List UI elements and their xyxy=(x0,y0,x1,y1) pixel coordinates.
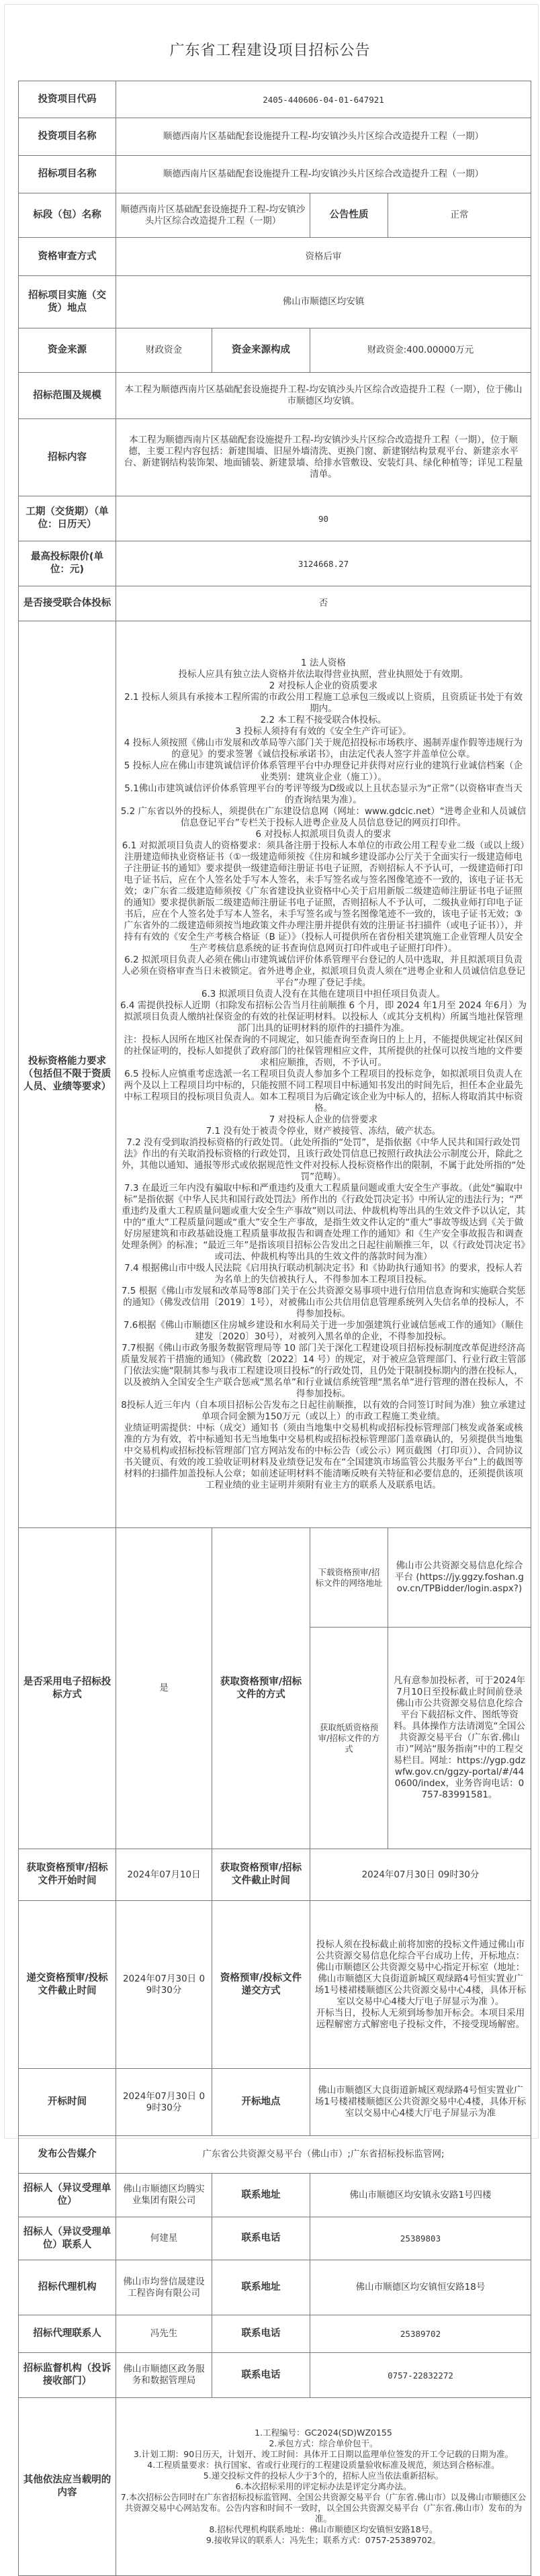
value-qualification-review: 资格后审 xyxy=(116,238,531,276)
label-media: 发布公告媒介 xyxy=(19,2136,116,2174)
value-paper-method: 凡有意参加投标者，可于2024年7月10日至投标截止时间前登录佛山市公共资源交易… xyxy=(388,1628,531,1849)
row-agency-contact: 招标代理联系人 冯先生 联系电话 25389702 xyxy=(19,2315,531,2353)
value-supervisor-phone: 0757-22832272 xyxy=(310,2353,531,2398)
label-electronic: 是否采用电子招标投标方式 xyxy=(19,1528,116,1849)
label-location: 招标项目实施（交货）地点 xyxy=(19,276,116,328)
req-paragraph: 6.2 拟派项目负责人必须在佛山市建筑诚信评价体系管理平台登记的人员中选取，并且… xyxy=(120,954,527,989)
value-agency-phone: 25389702 xyxy=(310,2315,531,2353)
row-opening: 开标时间 2024年07月30日 09时30分 开标地点 佛山市顺德区大良街道新… xyxy=(19,2069,531,2136)
other-paragraph: 1.工程编号：GC2024(SD)WZ0155 xyxy=(120,2428,527,2438)
label-obtain-method: 获取资格预审/招标文件的方式 xyxy=(212,1528,310,1849)
label-notice-nature: 公告性质 xyxy=(310,193,388,238)
value-scope: 本工程为顺德西南片区基础配套设施提升工程-均安镇沙头片区综合改造提升工程（一期）… xyxy=(116,373,531,419)
other-paragraph: 9.接收异议的联系人：冯先生；联系方式：0757-25389702。 xyxy=(120,2535,527,2546)
label-tenderer-contact: 招标人（异议受理单位）联系人 xyxy=(19,2217,116,2260)
label-investment-project-name: 投资项目名称 xyxy=(19,118,116,156)
submission-paragraph: 开标当日，投标人无须到场参加开标会。本项目采用远程解密方式解密电子投标文件，不接… xyxy=(314,2008,527,2031)
row-qualification-requirements: 投标资格能力要求（包括但不限于资质人员、业绩等要求） 1 法人资格 投标人应具有… xyxy=(19,621,531,1528)
req-paragraph: 7.3 在最近三年内没有骗取中标和严重违约及重大工程质量问题或重大安全生产事故。… xyxy=(120,1183,527,1263)
req-paragraph: 3 投标人须持有有效的《安全生产许可证》。 xyxy=(120,726,527,738)
value-obtain-end: 2024年07月30日 09时30分 xyxy=(310,1849,531,1901)
req-paragraph: 6.4 需提供投标人近期（扣除发布招标公告当月往前顺推 6 个月，即 2024 … xyxy=(120,1000,527,1034)
row-tenderer-contact: 招标人（异议受理单位）联系人 何建星 联系电话 25389803 xyxy=(19,2217,531,2260)
label-max-price: 最高投标限价(单位：元) xyxy=(19,541,116,586)
row-other: 其他依法应当载明的内容 1.工程编号：GC2024(SD)WZ0155 2.承包… xyxy=(19,2398,531,2576)
row-duration: 工期（交货期）（单位：日历天） 90 xyxy=(19,496,531,541)
label-download-address: 下载资格预审/招标文件的网络地址 xyxy=(310,1528,388,1628)
value-max-price: 3124668.27 xyxy=(116,541,531,586)
label-supervisor: 招标监督机构（投诉接收部门） xyxy=(19,2353,116,2398)
req-paragraph: 2.1 投标人须具有承接本工程所需的市政公用工程施工总承包三级或以上资质，且资质… xyxy=(120,692,527,715)
value-project-code: 2405-440606-04-01-647921 xyxy=(116,81,531,118)
value-tenderer: 佛山市顺德区均腾实业集团有限公司 xyxy=(116,2174,212,2217)
row-project-code: 投资项目代码 2405-440606-04-01-647921 xyxy=(19,81,531,118)
row-media: 发布公告媒介 广东省公共资源交易平台（佛山市）;广东省招标投标监管网; xyxy=(19,2136,531,2174)
value-agency: 佛山市均誉信晟建设工程咨询有限公司 xyxy=(116,2260,212,2315)
row-qualification-review: 资格审查方式 资格后审 xyxy=(19,238,531,276)
value-media: 广东省公共资源交易平台（佛山市）;广东省招标投标监管网; xyxy=(116,2136,531,2174)
other-paragraph: 5.递交投标文件的投标人少于3个的，招标人应当依法重新招标。 xyxy=(120,2471,527,2481)
row-location: 招标项目实施（交货）地点 佛山市顺德区均安镇 xyxy=(19,276,531,328)
req-paragraph: 7.7根据《佛山市政务服务数据管理局等 10 部门关于深化工程建设项目招标投标制… xyxy=(120,1343,527,1400)
value-tenderer-phone: 25389803 xyxy=(310,2217,531,2260)
value-agency-address: 佛山市顺德区均安镇恒安路18号 xyxy=(310,2260,531,2315)
req-paragraph: 6 对投标人拟派项目负责人的要求 xyxy=(120,829,527,840)
label-funding-composition: 资金来源构成 xyxy=(212,328,310,373)
req-paragraph: 5 投标人应在佛山市建筑诚信评价体系管理平台中办理登记并获得对应行业的建筑行业诚… xyxy=(120,760,527,783)
label-tenderer-phone: 联系电话 xyxy=(212,2217,310,2260)
row-max-price: 最高投标限价(单位：元) 3124668.27 xyxy=(19,541,531,586)
value-investment-project-name: 顺德西南片区基础配套设施提升工程-均安镇沙头片区综合改造提升工程（一期） xyxy=(116,118,531,156)
req-paragraph: 1 法人资格 xyxy=(120,658,527,669)
label-content: 招标内容 xyxy=(19,419,116,496)
label-tenderer: 招标人（异议受理单位） xyxy=(19,2174,116,2217)
row-supervisor: 招标监督机构（投诉接收部门） 佛山市顺德区政务服务和数据管理局 联系电话 075… xyxy=(19,2353,531,2398)
req-paragraph: 4 投标人须按照《佛山市发展和改革局等六部门关于规范招投标市场秩序、遏制弄虚作假… xyxy=(120,738,527,760)
label-duration: 工期（交货期）（单位：日历天） xyxy=(19,496,116,541)
row-content: 招标内容 本工程为顺德西南片区基础配套设施提升工程-均安镇沙头片区综合改造提升工… xyxy=(19,419,531,496)
value-tender-project-name: 顺德西南片区基础配套设施提升工程-均安镇沙头片区综合改造提升工程（一期） xyxy=(116,156,531,193)
value-consortium: 否 xyxy=(116,586,531,621)
label-qualification-requirements: 投标资格能力要求（包括但不限于资质人员、业绩等要求） xyxy=(19,621,116,1528)
row-investment-project-name: 投资项目名称 顺德西南片区基础配套设施提升工程-均安镇沙头片区综合改造提升工程（… xyxy=(19,118,531,156)
req-paragraph: 5.1佛山市建筑诚信评价体系管理平台的考评等级为D级或以上且状态显示为“正常”（… xyxy=(120,783,527,806)
row-section-name: 标段（包）名称 顺德西南片区基础配套设施提升工程-均安镇沙头片区综合改造提升工程… xyxy=(19,193,531,238)
label-section-name: 标段（包）名称 xyxy=(19,193,116,238)
value-section-name: 顺德西南片区基础配套设施提升工程-均安镇沙头片区综合改造提升工程（一期） xyxy=(116,193,310,238)
value-notice-nature: 正常 xyxy=(388,193,531,238)
req-paragraph: 7.5 根据《佛山市发展和改革局等8部门关于在公共资源交易事项中进行信用信息查询… xyxy=(120,1286,527,1320)
other-paragraph: 7.本次招标公告同时在广东省招标投标监管网、全国公共资源交易平台（广东省.佛山市… xyxy=(120,2492,527,2524)
req-paragraph: 投标人应具有独立法人资格并依法取得营业执照，营业执照处于有效期。 xyxy=(120,669,527,680)
req-paragraph: 7.6根据《佛山市顺德区住房城乡建设和水利局关于进一步加强建筑行业诚信惩戒工作的… xyxy=(120,1320,527,1343)
label-consortium: 是否接受联合体投标 xyxy=(19,586,116,621)
req-paragraph: 7.1 没有处于被责令停业，财产被接管、冻结，破产状态。 xyxy=(120,1126,527,1137)
value-content: 本工程为顺德西南片区基础配套设施提升工程-均安镇沙头片区综合改造提升工程（一期）… xyxy=(116,419,531,496)
label-scope: 招标范围及规模 xyxy=(19,373,116,419)
value-download-address[interactable]: 佛山市公共资源交易信息化综合平台 (https://jy.ggzy.foshan… xyxy=(388,1528,531,1628)
submission-paragraph: 投标人须在投标截止前将加密的投标文件通过佛山市公共资源交易信息化综合平台成功上传… xyxy=(314,1939,527,2008)
value-electronic: 是 xyxy=(116,1528,212,1849)
value-agency-contact: 冯先生 xyxy=(116,2315,212,2353)
label-tenderer-address: 联系地址 xyxy=(212,2174,310,2217)
value-qualification-requirements: 1 法人资格 投标人应具有独立法人资格并依法取得营业执照，营业执照处于有效期。 … xyxy=(116,621,531,1528)
label-agency-address: 联系地址 xyxy=(212,2260,310,2315)
other-paragraph: 6.本次招标采用的评定标办法是评定分离办法。 xyxy=(120,2481,527,2492)
req-paragraph: 注：投标人因所在地区社保查询的不同规定，如只能查询至查询日的上上月，不能提供规定… xyxy=(120,1034,527,1069)
label-opening-place: 开标地点 xyxy=(212,2069,310,2136)
label-agency-phone: 联系电话 xyxy=(212,2315,310,2353)
req-paragraph: 6.1 对拟派项目负责人的资格要求：须具备注册于投标人本单位的市政公用工程专业二… xyxy=(120,840,527,954)
notice-table: 投资项目代码 2405-440606-04-01-647921 投资项目名称 顺… xyxy=(18,81,531,2576)
label-project-code: 投资项目代码 xyxy=(19,81,116,118)
value-tenderer-address: 佛山市顺德区均安镇永安路1号四楼 xyxy=(310,2174,531,2217)
req-paragraph: 2.2 本工程不接受联合体投标。 xyxy=(120,715,527,726)
req-paragraph: 6.3 拟派项目负责人没有在其他在建项目中担任项目负责人。 xyxy=(120,989,527,1000)
req-paragraph: 7.4 根据佛山市中级人民法院《启用执行联动机制决定书》和《协助执行通知书》的要… xyxy=(120,1263,527,1286)
row-scope: 招标范围及规模 本工程为顺德西南片区基础配套设施提升工程-均安镇沙头片区综合改造… xyxy=(19,373,531,419)
other-paragraph: 8.招标代理机构联系地址：佛山市顺德区均安镇恒安路18号。 xyxy=(120,2524,527,2535)
label-qualification-review: 资格审查方式 xyxy=(19,238,116,276)
label-other: 其他依法应当载明的内容 xyxy=(19,2398,116,2576)
value-obtain-start: 2024年07月10日 xyxy=(116,1849,212,1901)
row-tenderer: 招标人（异议受理单位） 佛山市顺德区均腾实业集团有限公司 联系地址 佛山市顺德区… xyxy=(19,2174,531,2217)
row-agency: 招标代理机构 佛山市均誉信晟建设工程咨询有限公司 联系地址 佛山市顺德区均安镇恒… xyxy=(19,2260,531,2315)
req-paragraph: 7 对投标人企业的信誉要求 xyxy=(120,1114,527,1126)
label-paper-method: 获取纸质资格预审/招标文件的方式 xyxy=(310,1628,388,1849)
row-funding: 资金来源 财政资金 资金来源构成 财政资金:400.00000万元 xyxy=(19,328,531,373)
label-agency: 招标代理机构 xyxy=(19,2260,116,2315)
label-obtain-start: 获取资格预审/招标文件开始时间 xyxy=(19,1849,116,1901)
value-opening-place: 佛山市顺德区大良街道新城区观绿路4号恒实置业广场1号楼裙楼顺德区公共资源交易中心… xyxy=(310,2069,531,2136)
label-submission-method: 资格预审/投标文件递交方式 xyxy=(212,1901,310,2069)
value-opening-time: 2024年07月30日 09时30分 xyxy=(116,2069,212,2136)
value-funding: 财政资金 xyxy=(116,328,212,373)
req-paragraph: 6.5 投标人应慎重考虑选派一名工程项目负责人参加多个工程项目的投标竞争，如拟派… xyxy=(120,1069,527,1114)
req-paragraph: 业绩证明需提供：中标（成交）通知书（须由当地集中交易机构或招标投标管理部门核发或… xyxy=(120,1423,527,1491)
label-funding: 资金来源 xyxy=(19,328,116,373)
label-obtain-end: 获取资格预审/招标文件截止时间 xyxy=(212,1849,310,1901)
req-paragraph: 2 对投标人企业的资质要求 xyxy=(120,680,527,692)
row-electronic-download: 是否采用电子招标投标方式 是 获取资格预审/招标文件的方式 下载资格预审/招标文… xyxy=(19,1528,531,1628)
other-paragraph: 2.承包方式：综合单价包干。 xyxy=(120,2438,527,2449)
row-obtain-time: 获取资格预审/招标文件开始时间 2024年07月10日 获取资格预审/招标文件截… xyxy=(19,1849,531,1901)
row-consortium: 是否接受联合体投标 否 xyxy=(19,586,531,621)
label-submission-deadline: 递交资格预审/投标文件截止时间 xyxy=(19,1901,116,2069)
label-agency-contact: 招标代理联系人 xyxy=(19,2315,116,2353)
row-submission: 递交资格预审/投标文件截止时间 2024年07月30日 09时30分 资格预审/… xyxy=(19,1901,531,2069)
req-paragraph: 7.2 没有受到取消投标资格的行政处罚。（此处所指的“处罚”，是指依据《中华人民… xyxy=(120,1137,527,1183)
other-paragraph: 3.计划工期：90日历天，计划开、竣工时间：具体开工日期以监理单位签发的开工令记… xyxy=(120,2449,527,2460)
value-supervisor: 佛山市顺德区政务服务和数据管理局 xyxy=(116,2353,212,2398)
req-paragraph: 5.2 广东省以外的投标人，须提供在广东建设信息网（网址：www.gdcic.n… xyxy=(120,806,527,829)
value-submission-method: 投标人须在投标截止前将加密的投标文件通过佛山市公共资源交易信息化综合平台成功上传… xyxy=(310,1901,531,2069)
row-tender-project-name: 招标项目名称 顺德西南片区基础配套设施提升工程-均安镇沙头片区综合改造提升工程（… xyxy=(19,156,531,193)
label-supervisor-phone: 联系电话 xyxy=(212,2353,310,2398)
other-paragraph: 4.工程质量要求：执行国家、省或行业现行的工程建设质量验收标准及规范，须达到合格… xyxy=(120,2460,527,2471)
value-location: 佛山市顺德区均安镇 xyxy=(116,276,531,328)
label-tender-project-name: 招标项目名称 xyxy=(19,156,116,193)
page-title: 广东省工程建设项目招标公告 xyxy=(0,39,540,60)
value-funding-composition: 财政资金:400.00000万元 xyxy=(310,328,531,373)
value-other: 1.工程编号：GC2024(SD)WZ0155 2.承包方式：综合单价包干。 3… xyxy=(116,2398,531,2576)
req-paragraph: 8投标人近三年内（自本项目招标公告发布之日起往前顺推，以有效的合同签订时间为准）… xyxy=(120,1400,527,1423)
value-tenderer-contact: 何建星 xyxy=(116,2217,212,2260)
value-duration: 90 xyxy=(116,496,531,541)
value-submission-deadline: 2024年07月30日 09时30分 xyxy=(116,1901,212,2069)
label-opening-time: 开标时间 xyxy=(19,2069,116,2136)
